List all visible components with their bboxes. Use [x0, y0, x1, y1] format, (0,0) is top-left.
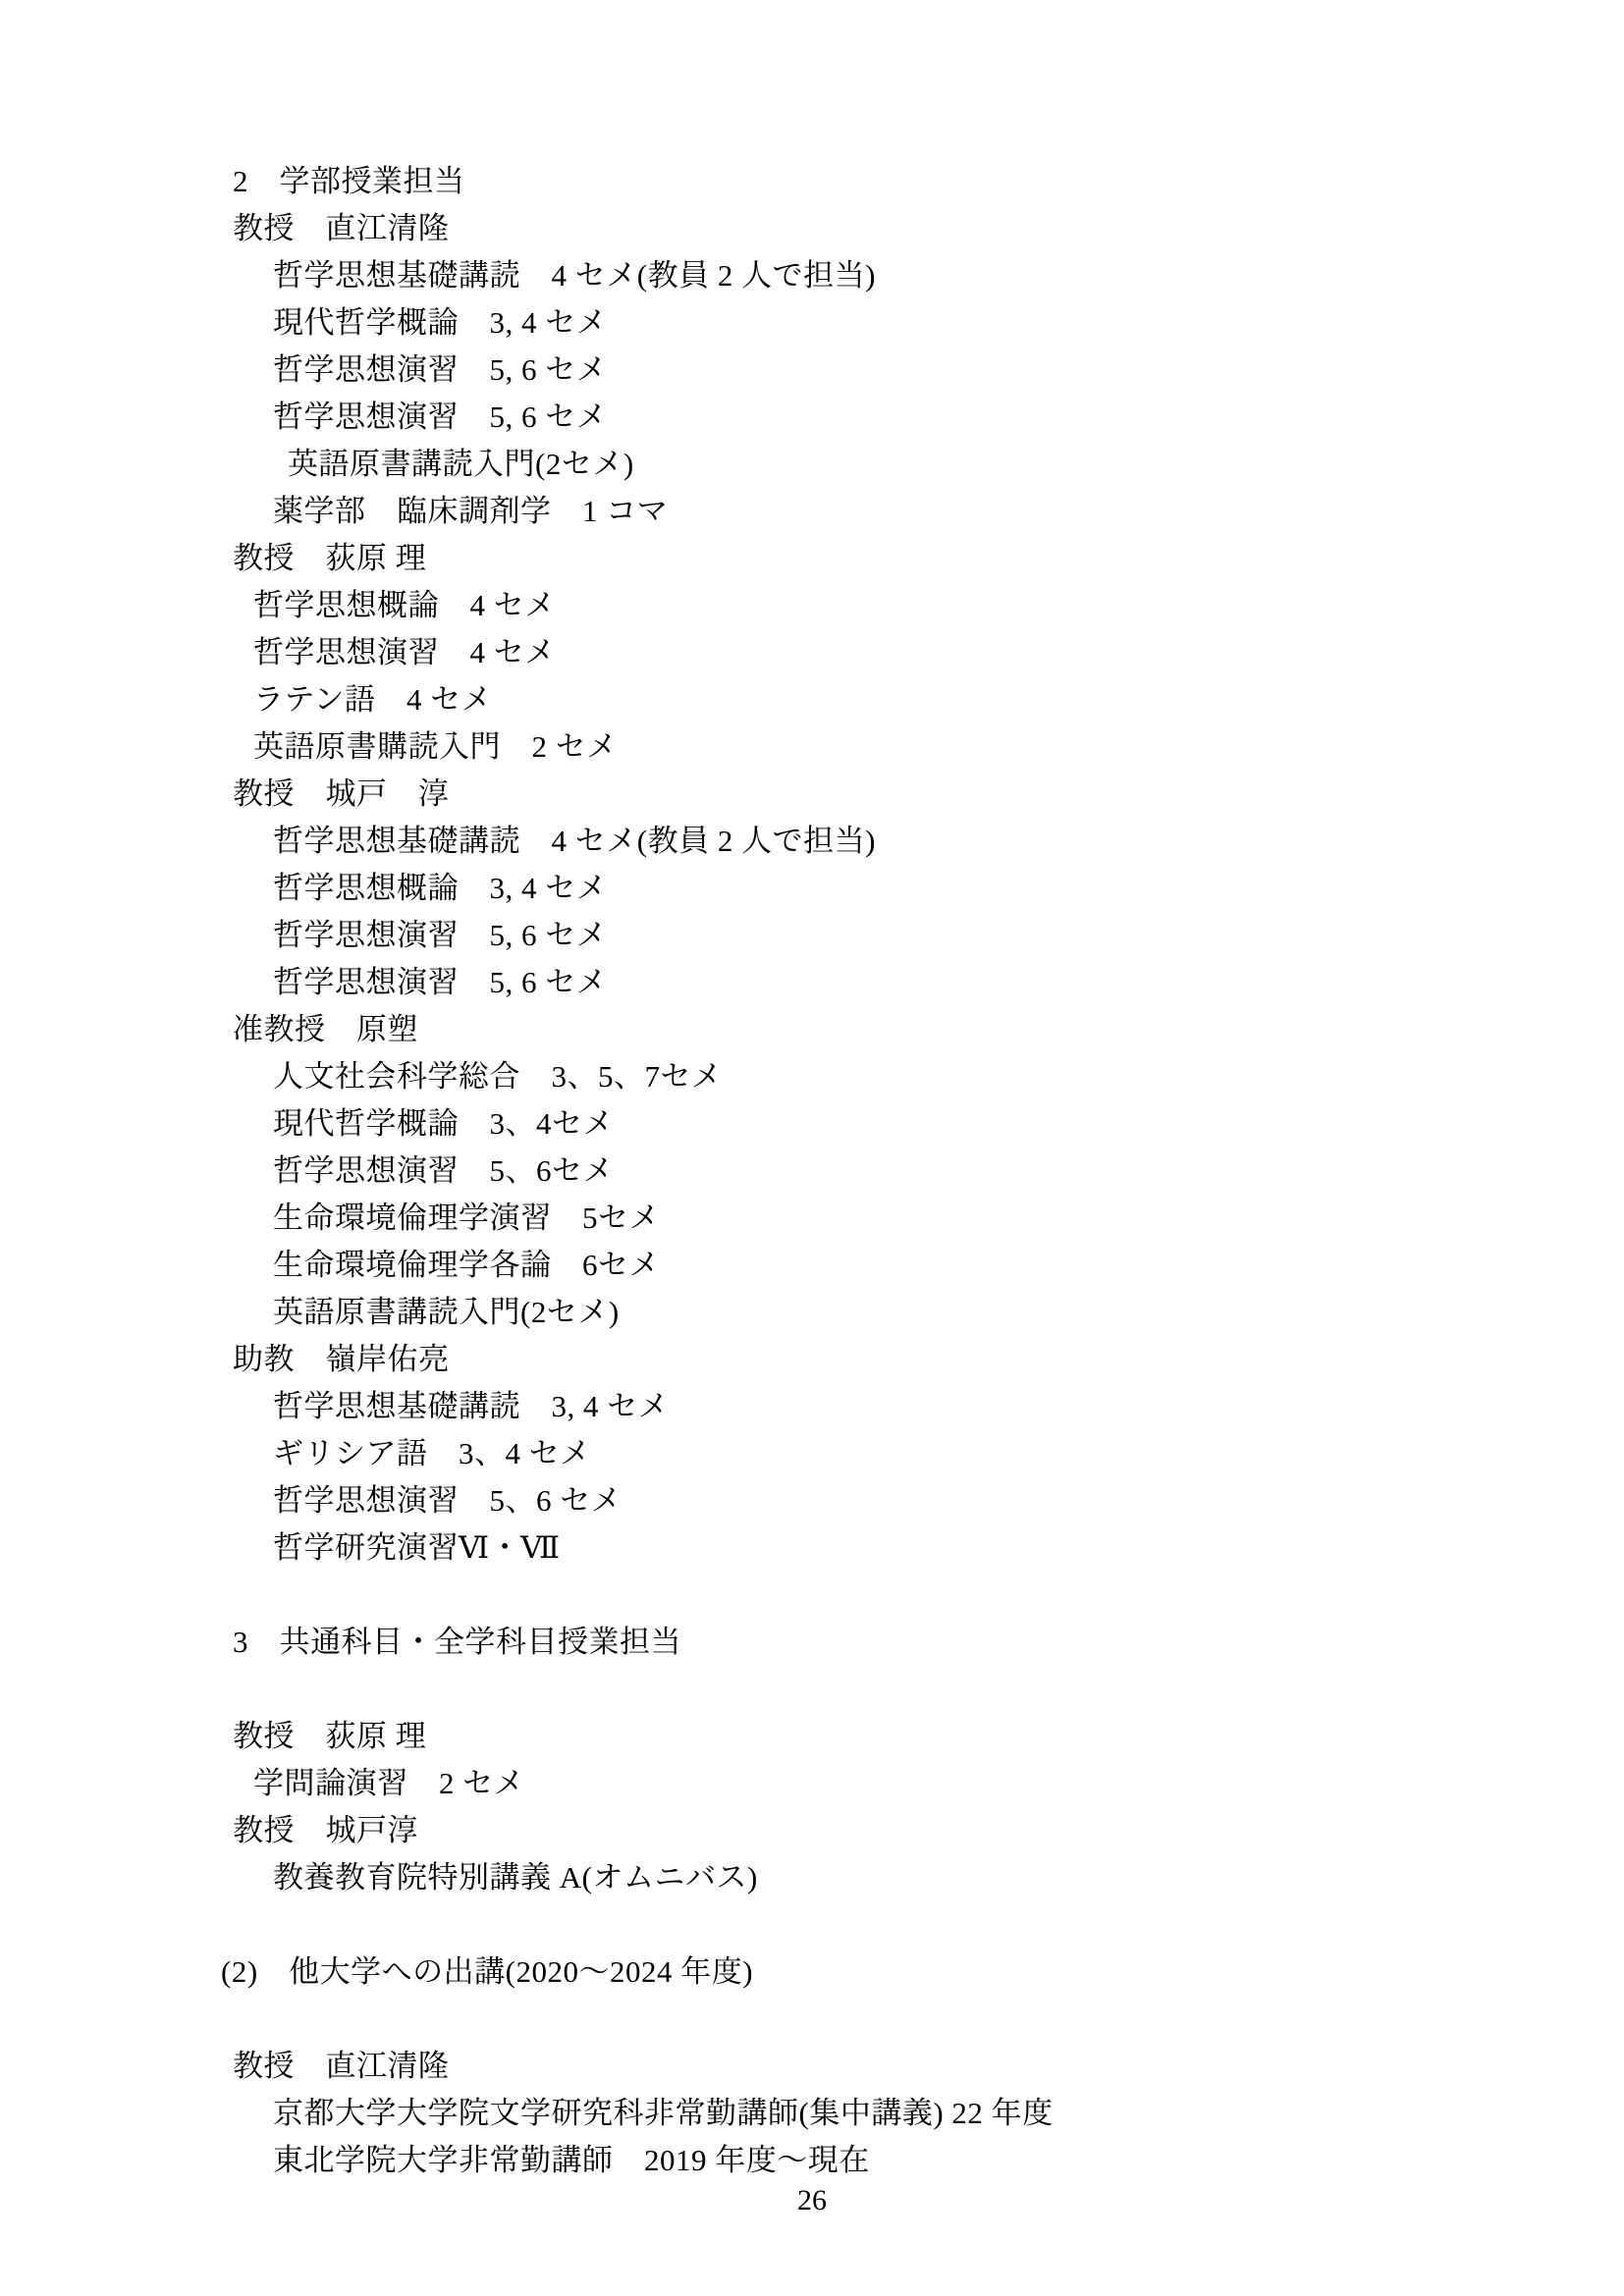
text-line: 哲学研究演習Ⅵ・Ⅶ	[273, 1524, 1624, 1572]
text-line: 京都大学大学院文学研究科非常勤講師(集中講義) 22 年度	[273, 2090, 1624, 2137]
text-line: 哲学思想演習 5, 6 セメ	[273, 394, 1624, 441]
text-line: 生命環境倫理学各論 6セメ	[273, 1242, 1624, 1289]
blank-line	[233, 1901, 1624, 1949]
text-line: 哲学思想基礎講読 3, 4 セメ	[273, 1383, 1624, 1430]
text-line: 哲学思想概論 4 セメ	[253, 582, 1624, 629]
text-line: 教授 荻原 理	[233, 1713, 1624, 1760]
blank-line	[233, 1572, 1624, 1619]
text-line: 英語原書購読入門 2 セメ	[253, 723, 1624, 771]
text-line: 教授 荻原 理	[233, 535, 1624, 582]
text-line: 教養教育院特別講義 A(オムニバス)	[273, 1854, 1624, 1901]
document-body: 2 学部授業担当教授 直江清隆哲学思想基礎講読 4 セメ(教員 2 人で担当)現…	[0, 158, 1624, 2184]
text-line: 薬学部 臨床調剤学 1 コマ	[273, 488, 1624, 535]
text-line: 哲学思想基礎講読 4 セメ(教員 2 人で担当)	[273, 818, 1624, 865]
text-line: 学問論演習 2 セメ	[253, 1760, 1624, 1807]
text-line: 教授 城戸淳	[233, 1807, 1624, 1854]
text-line: 哲学思想演習 5, 6 セメ	[273, 347, 1624, 394]
text-line: 現代哲学概論 3, 4 セメ	[273, 299, 1624, 347]
text-line: 哲学思想基礎講読 4 セメ(教員 2 人で担当)	[273, 252, 1624, 299]
text-line: 2 学部授業担当	[233, 158, 1624, 205]
text-line: 哲学思想概論 3, 4 セメ	[273, 865, 1624, 912]
text-line: 哲学思想演習 5、6 セメ	[273, 1477, 1624, 1524]
text-line: 哲学思想演習 4 セメ	[253, 629, 1624, 676]
text-line: 教授 直江清隆	[233, 205, 1624, 252]
text-line: 人文社会科学総合 3、5、7セメ	[273, 1053, 1624, 1100]
text-line: 哲学思想演習 5, 6 セメ	[273, 959, 1624, 1006]
text-line: 英語原書講読入門(2セメ)	[288, 441, 1624, 488]
text-line: 英語原書講読入門(2セメ)	[273, 1289, 1624, 1336]
text-line: 教授 城戸 淳	[233, 771, 1624, 818]
text-line: 東北学院大学非常勤講師 2019 年度～現在	[273, 2137, 1624, 2184]
text-line: 助教 嶺岸佑亮	[233, 1336, 1624, 1383]
text-line: 教授 直江清隆	[233, 2043, 1624, 2090]
text-line: 哲学思想演習 5, 6 セメ	[273, 912, 1624, 959]
page-number: 26	[0, 2181, 1624, 2220]
text-line: 准教授 原塑	[233, 1006, 1624, 1053]
text-line: 現代哲学概論 3、4セメ	[273, 1100, 1624, 1148]
text-line: ラテン語 4 セメ	[253, 676, 1624, 723]
text-line: 3 共通科目・全学科目授業担当	[233, 1619, 1624, 1666]
text-line: 生命環境倫理学演習 5セメ	[273, 1195, 1624, 1242]
document-page: 2 学部授業担当教授 直江清隆哲学思想基礎講読 4 セメ(教員 2 人で担当)現…	[0, 0, 1624, 2296]
blank-line	[233, 1666, 1624, 1713]
blank-line	[233, 1996, 1624, 2043]
text-line: ギリシア語 3、4 セメ	[273, 1430, 1624, 1477]
text-line: 哲学思想演習 5、6セメ	[273, 1148, 1624, 1195]
text-line: (2) 他大学への出講(2020～2024 年度)	[221, 1949, 1624, 1996]
